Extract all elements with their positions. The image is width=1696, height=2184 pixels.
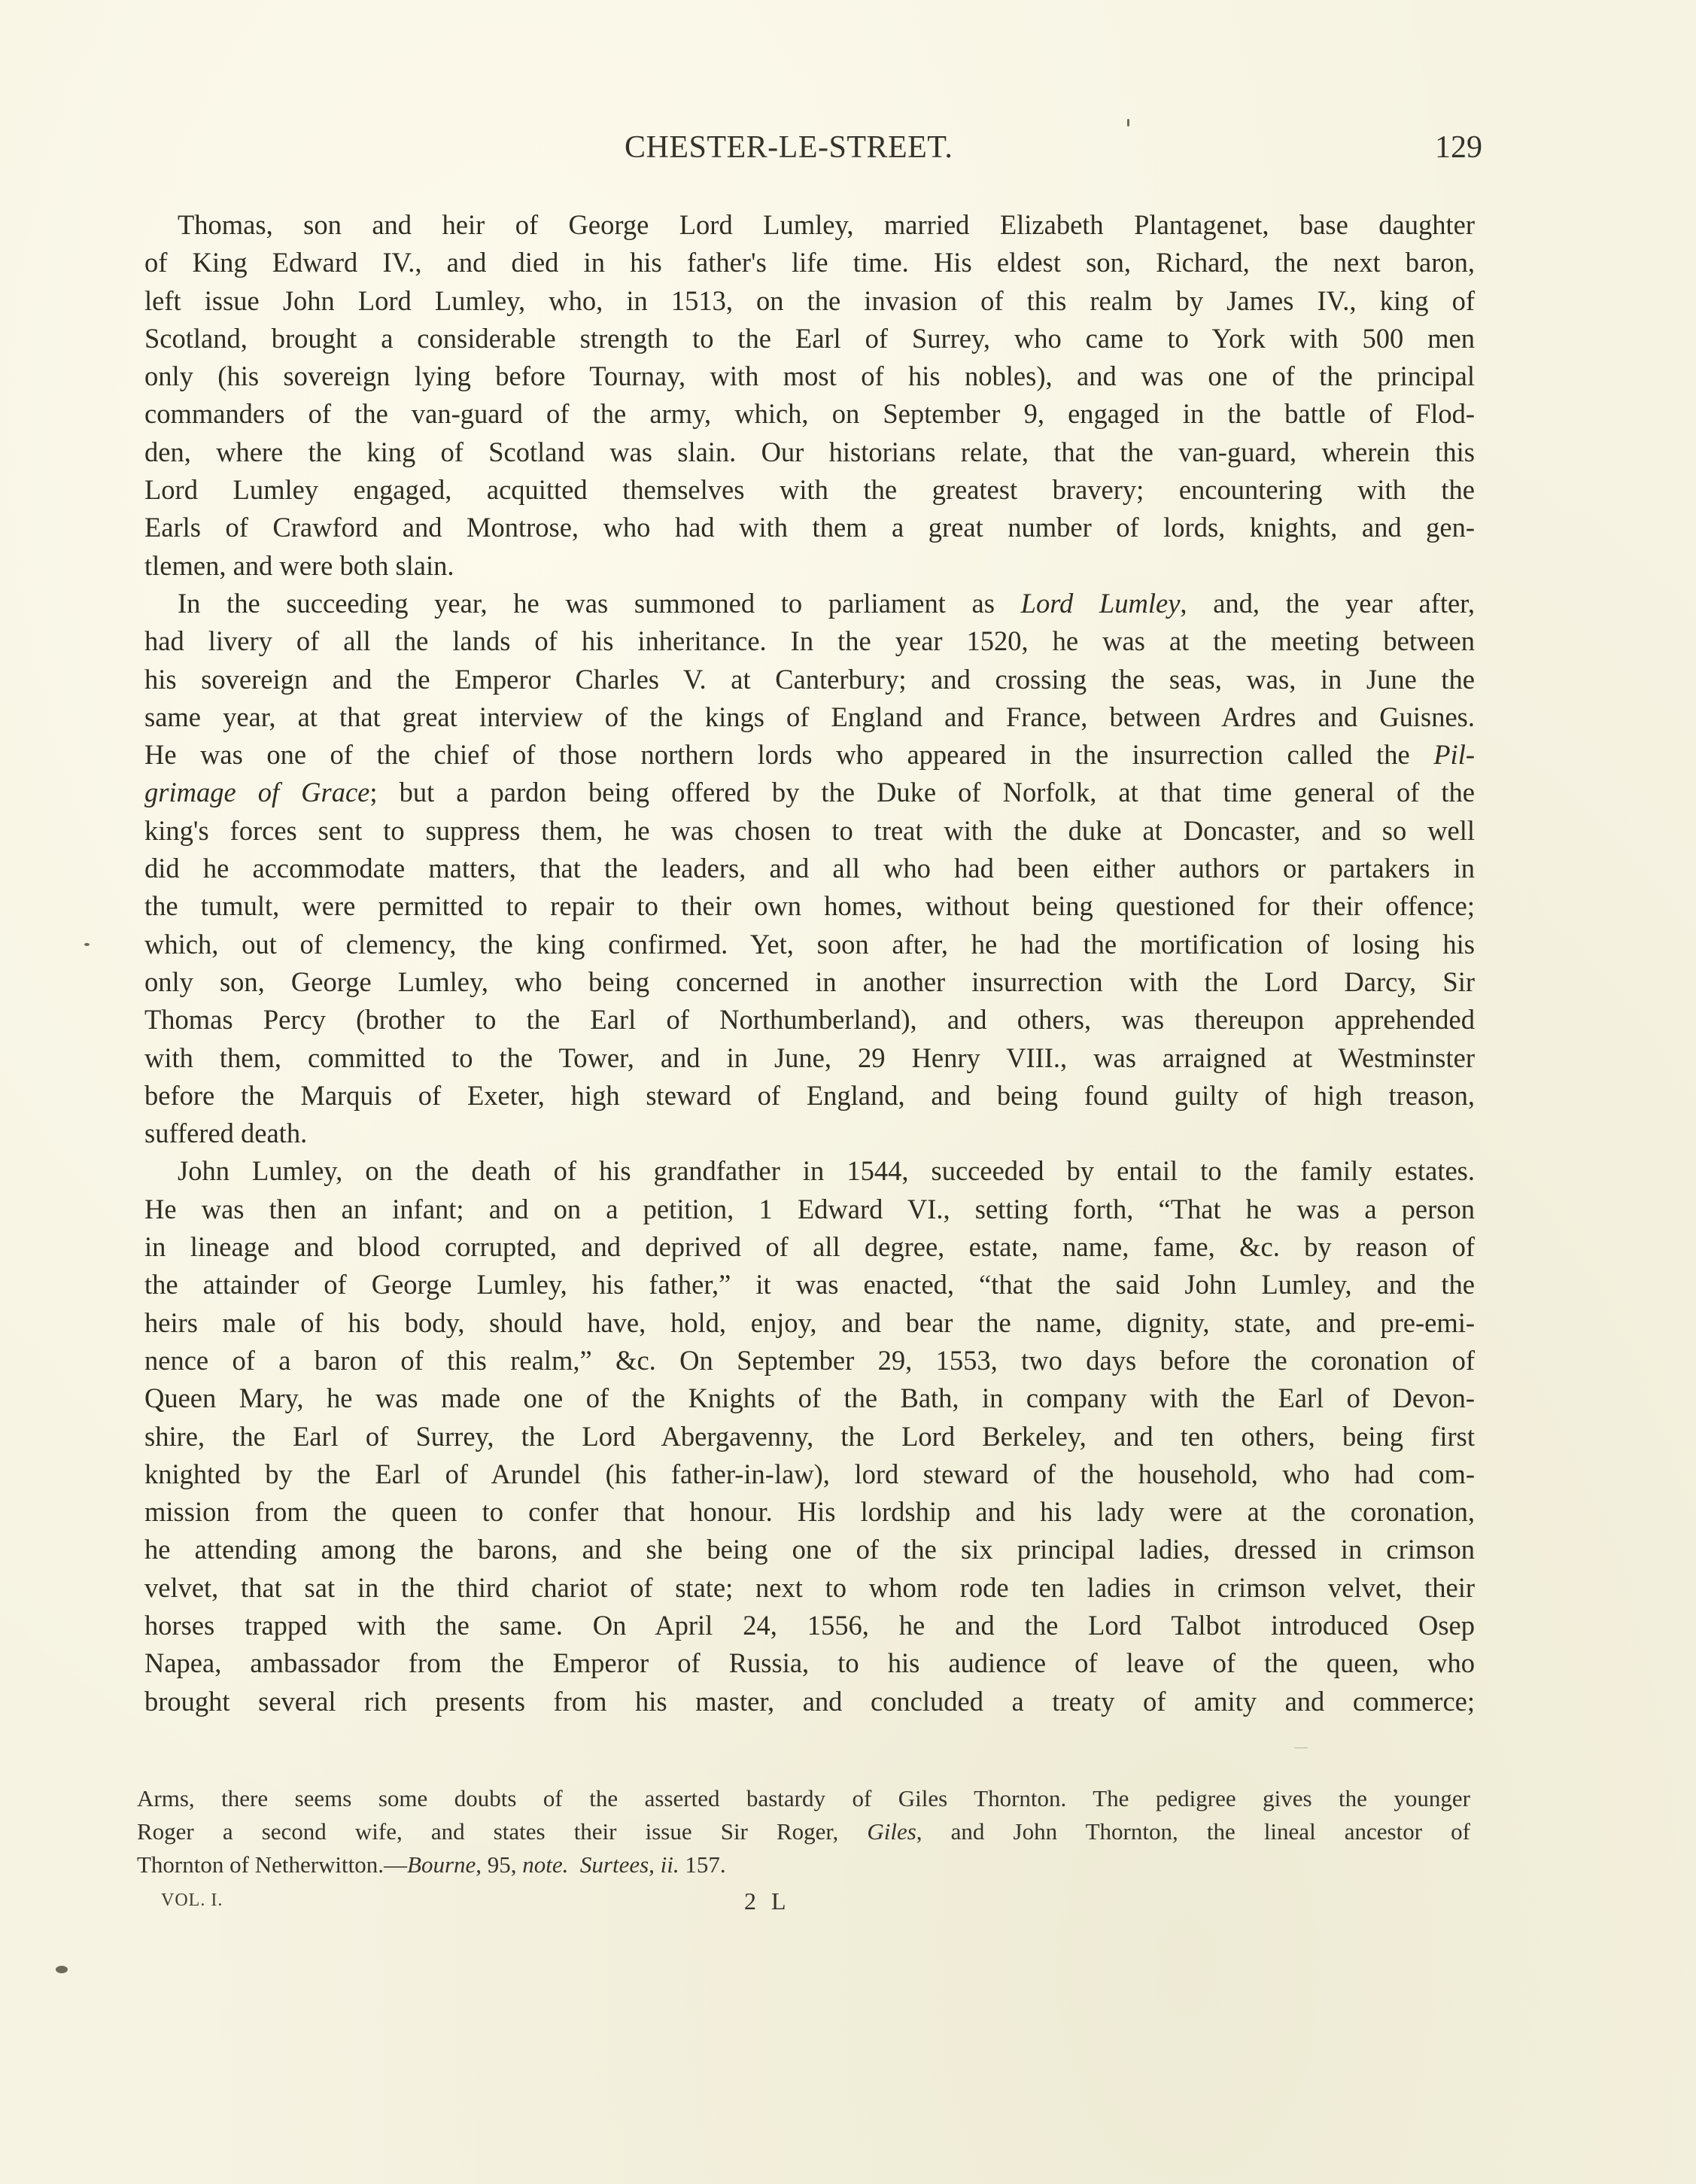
text-line: shire, the Earl of Surrey, the Lord Aber… bbox=[144, 1418, 1475, 1455]
text-line: did he accommodate matters, that the lea… bbox=[144, 850, 1475, 887]
text-span: Roger a second wife, and states their is… bbox=[137, 1818, 867, 1845]
text-line: commanders of the van-guard of the army,… bbox=[144, 395, 1475, 433]
italic-text: Bourne bbox=[407, 1851, 476, 1878]
text-line: only son, George Lumley, who being conce… bbox=[144, 963, 1475, 1001]
page-number: 129 bbox=[1435, 129, 1482, 166]
text-line: den, where the king of Scotland was slai… bbox=[144, 433, 1475, 471]
italic-text: Giles bbox=[867, 1818, 916, 1845]
text-line: he attending among the barons, and she b… bbox=[144, 1531, 1475, 1568]
text-line: nence of a baron of this realm,” &c. On … bbox=[144, 1342, 1475, 1379]
footnote-line: Thornton of Netherwitton.—Bourne, 95, no… bbox=[137, 1848, 1470, 1881]
text-line: which, out of clemency, the king confirm… bbox=[144, 926, 1475, 963]
book-page: CHESTER-LE-STREET. 129 Thomas, son and h… bbox=[0, 0, 1696, 2184]
text-line: Lord Lumley engaged, acquitted themselve… bbox=[144, 471, 1475, 509]
text-line: before the Marquis of Exeter, high stewa… bbox=[144, 1077, 1475, 1115]
running-head: CHESTER-LE-STREET. 129 bbox=[135, 129, 1482, 175]
footnote-separator bbox=[1294, 1748, 1308, 1748]
text-span: , and, the year after, bbox=[1180, 588, 1475, 619]
text-line: in lineage and blood corrupted, and depr… bbox=[144, 1228, 1475, 1266]
text-line: horses trapped with the same. On April 2… bbox=[144, 1607, 1475, 1644]
text-line: knighted by the Earl of Arundel (his fat… bbox=[144, 1455, 1475, 1493]
text-line: Napea, ambassador from the Emperor of Ru… bbox=[144, 1644, 1475, 1682]
text-line: He was one of the chief of those norther… bbox=[144, 736, 1475, 774]
paper-speck bbox=[56, 1966, 68, 1973]
text-line: Thomas, son and heir of George Lord Luml… bbox=[144, 206, 1475, 244]
text-span: , 95, bbox=[476, 1851, 522, 1878]
text-line: Earls of Crawford and Montrose, who had … bbox=[144, 509, 1475, 546]
footnote-line: Roger a second wife, and states their is… bbox=[137, 1815, 1470, 1848]
italic-text: Pil- bbox=[1433, 739, 1475, 770]
italic-text: grimage of Grace bbox=[144, 777, 369, 808]
paragraph-end-line: tlemen, and were both slain. bbox=[144, 547, 1475, 585]
volume-label: VOL. I. bbox=[161, 1890, 223, 1911]
text-line: the attainder of George Lumley, his fath… bbox=[144, 1266, 1475, 1303]
signature-mark: 2 L bbox=[744, 1887, 791, 1915]
text-span: ; but a pardon being offered by the Duke… bbox=[369, 777, 1475, 808]
text-line: same year, at that great interview of th… bbox=[144, 698, 1475, 736]
footnote-line: Arms, there seems some doubts of the ass… bbox=[137, 1782, 1470, 1815]
text-line: Queen Mary, he was made one of the Knigh… bbox=[144, 1379, 1475, 1417]
running-title: CHESTER-LE-STREET. bbox=[625, 129, 953, 166]
text-line: He was then an infant; and on a petition… bbox=[144, 1191, 1475, 1228]
paper-speck bbox=[1127, 119, 1129, 126]
text-line: of King Edward IV., and died in his fath… bbox=[144, 244, 1475, 281]
text-line: mission from the queen to confer that ho… bbox=[144, 1493, 1475, 1531]
text-span bbox=[568, 1851, 580, 1878]
text-line: grimage of Grace; but a pardon being off… bbox=[144, 774, 1475, 811]
body-text: Thomas, son and heir of George Lord Luml… bbox=[144, 206, 1475, 1720]
text-line: velvet, that sat in the third chariot of… bbox=[144, 1569, 1475, 1607]
text-line: brought several rich presents from his m… bbox=[144, 1683, 1475, 1720]
text-line: left issue John Lord Lumley, who, in 151… bbox=[144, 282, 1475, 320]
text-line: Scotland, brought a considerable strengt… bbox=[144, 320, 1475, 357]
footnote: Arms, there seems some doubts of the ass… bbox=[137, 1782, 1470, 1881]
text-span: Thornton of Netherwitton.— bbox=[137, 1851, 407, 1878]
text-line: heirs male of his body, should have, hol… bbox=[144, 1304, 1475, 1342]
text-line: only (his sovereign lying before Tournay… bbox=[144, 357, 1475, 395]
italic-text: note. bbox=[522, 1851, 568, 1878]
paragraph-end-line: suffered death. bbox=[144, 1115, 1475, 1152]
paper-speck bbox=[84, 943, 90, 946]
text-span: 157. bbox=[679, 1851, 726, 1878]
text-line: the tumult, were permitted to repair to … bbox=[144, 887, 1475, 925]
text-line: his sovereign and the Emperor Charles V.… bbox=[144, 661, 1475, 698]
text-line: In the succeeding year, he was summoned … bbox=[144, 585, 1475, 622]
text-line: king's forces sent to suppress them, he … bbox=[144, 812, 1475, 850]
text-line: John Lumley, on the death of his grandfa… bbox=[144, 1152, 1475, 1190]
signature-line: VOL. I. 2 L bbox=[161, 1887, 838, 1918]
text-line: had livery of all the lands of his inher… bbox=[144, 622, 1475, 660]
text-line: with them, committed to the Tower, and i… bbox=[144, 1039, 1475, 1077]
italic-text: Surtees, ii. bbox=[580, 1851, 679, 1878]
text-line: Thomas Percy (brother to the Earl of Nor… bbox=[144, 1001, 1475, 1039]
text-span: , and John Thornton, the lineal ancestor… bbox=[916, 1818, 1470, 1845]
text-span: In the succeeding year, he was summoned … bbox=[178, 588, 1021, 619]
italic-text: Lord Lumley bbox=[1021, 588, 1181, 619]
text-span: He was one of the chief of those norther… bbox=[144, 739, 1433, 770]
